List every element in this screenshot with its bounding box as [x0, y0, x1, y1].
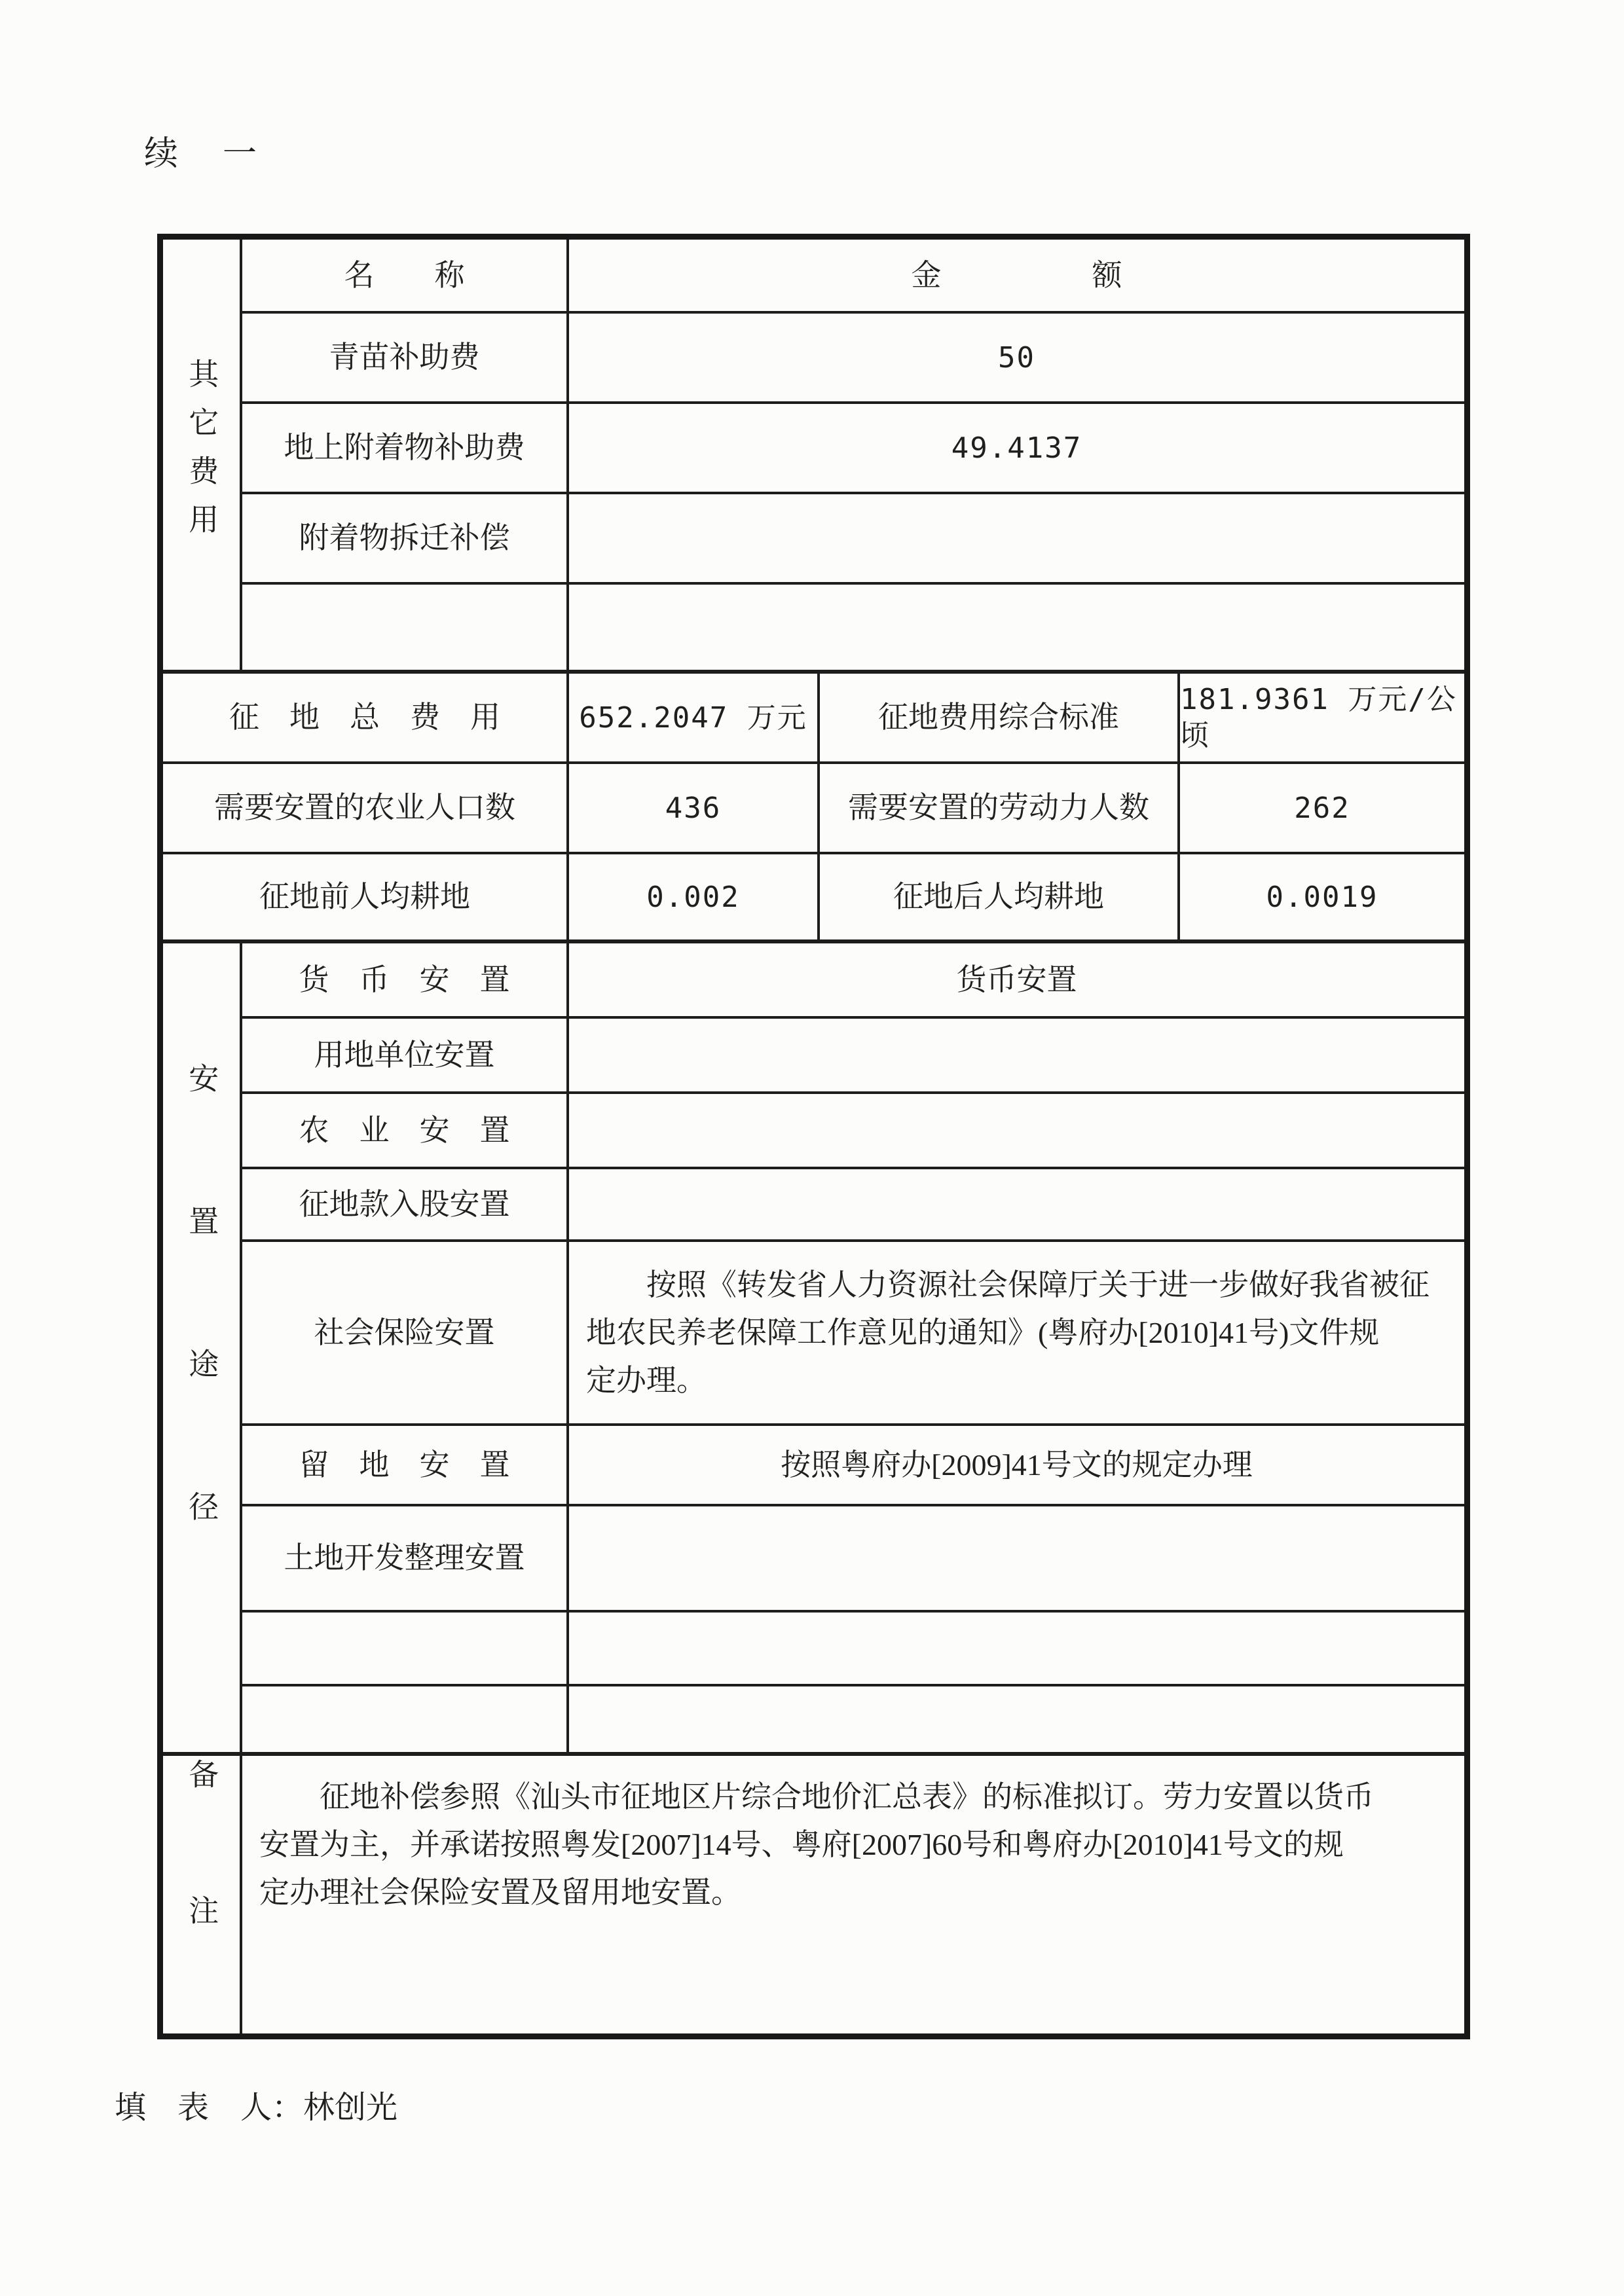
- other-fees-empty-value: [569, 585, 1464, 674]
- resettlement-empty-value-1: [569, 1613, 1464, 1686]
- total-cost-label: 征 地 总 费 用: [163, 674, 569, 764]
- ground-attachment-subsidy-label: 地上附着物补助费: [242, 404, 569, 494]
- agri-population-value: 436: [569, 764, 820, 854]
- agri-population-label: 需要安置的农业人口数: [163, 764, 569, 854]
- farmland-after-label: 征地后人均耕地: [820, 854, 1180, 943]
- agriculture-resettlement-label: 农 业 安 置: [242, 1094, 569, 1169]
- land-development-value: [569, 1506, 1464, 1613]
- farmland-before-label: 征地前人均耕地: [163, 854, 569, 943]
- seedling-subsidy-value: 50: [569, 314, 1464, 404]
- attachment-relocation-value: [569, 494, 1464, 585]
- social-insurance-label: 社会保险安置: [242, 1242, 569, 1426]
- resettlement-empty-label-1: [242, 1613, 569, 1686]
- form-filler-line: 填 表 人：林创光: [115, 2082, 397, 2127]
- remarks-line-3: 定办理社会保险安置及留用地安置。: [259, 1868, 1447, 1916]
- employer-resettlement-value: [569, 1019, 1464, 1094]
- resettlement-section-label: 安置途径: [163, 943, 242, 1756]
- other-fees-section-label: 其它费用: [163, 240, 242, 674]
- remarks-line-1: 征地补偿参照《汕头市征地区片综合地价汇总表》的标准拟订。劳力安置以货币: [259, 1773, 1447, 1821]
- labor-count-value: 262: [1180, 764, 1464, 854]
- other-fees-empty-label: [242, 585, 569, 674]
- land-development-label: 土地开发整理安置: [242, 1506, 569, 1613]
- scanned-form-page: 续 一 其它费用 名 称 金 额 青苗补助费 50 地上附着物补助费 49.41…: [0, 0, 1624, 2296]
- monetary-resettlement-label: 货 币 安 置: [242, 943, 569, 1019]
- comprehensive-standard-label: 征地费用综合标准: [820, 674, 1180, 764]
- attachment-relocation-label: 附着物拆迁补偿: [242, 494, 569, 585]
- equity-resettlement-value: [569, 1169, 1464, 1242]
- labor-count-label: 需要安置的劳动力人数: [820, 764, 1180, 854]
- fee-name-header: 名 称: [242, 240, 569, 314]
- remarks-content: 征地补偿参照《汕头市征地区片综合地价汇总表》的标准拟订。劳力安置以货币 安置为主…: [242, 1756, 1464, 2033]
- seedling-subsidy-label: 青苗补助费: [242, 314, 569, 404]
- employer-resettlement-label: 用地单位安置: [242, 1019, 569, 1094]
- fee-amount-header: 金 额: [569, 240, 1464, 314]
- continuation-label: 续 一: [144, 126, 262, 175]
- farmland-before-value: 0.002: [569, 854, 820, 943]
- social-insurance-value: 按照《转发省人力资源社会保障厅关于进一步做好我省被征 地农民养老保障工作意见的通…: [569, 1242, 1464, 1426]
- total-cost-value: 652.2047 万元: [569, 674, 820, 764]
- resettlement-empty-label-2: [242, 1686, 569, 1756]
- farmland-after-value: 0.0019: [1180, 854, 1464, 943]
- comprehensive-standard-value: 181.9361 万元/公顷: [1180, 674, 1464, 764]
- land-expropriation-table: 其它费用 名 称 金 额 青苗补助费 50 地上附着物补助费 49.4137 附…: [157, 234, 1470, 2039]
- ground-attachment-subsidy-value: 49.4137: [569, 404, 1464, 494]
- agriculture-resettlement-value: [569, 1094, 1464, 1169]
- equity-resettlement-label: 征地款入股安置: [242, 1169, 569, 1242]
- reserved-land-label: 留 地 安 置: [242, 1426, 569, 1506]
- social-insurance-line-2: 地农民养老保障工作意见的通知》(粤府办[2010]41号)文件规: [586, 1309, 1447, 1357]
- social-insurance-line-3: 定办理。: [586, 1357, 1447, 1404]
- reserved-land-value: 按照粤府办[2009]41号文的规定办理: [569, 1426, 1464, 1506]
- resettlement-empty-value-2: [569, 1686, 1464, 1756]
- monetary-resettlement-value: 货币安置: [569, 943, 1464, 1019]
- remarks-line-2: 安置为主，并承诺按照粤发[2007]14号、粤府[2007]60号和粤府办[20…: [259, 1821, 1447, 1868]
- remarks-section-label: 备注: [163, 1756, 242, 2033]
- social-insurance-line-1: 按照《转发省人力资源社会保障厅关于进一步做好我省被征: [586, 1261, 1447, 1309]
